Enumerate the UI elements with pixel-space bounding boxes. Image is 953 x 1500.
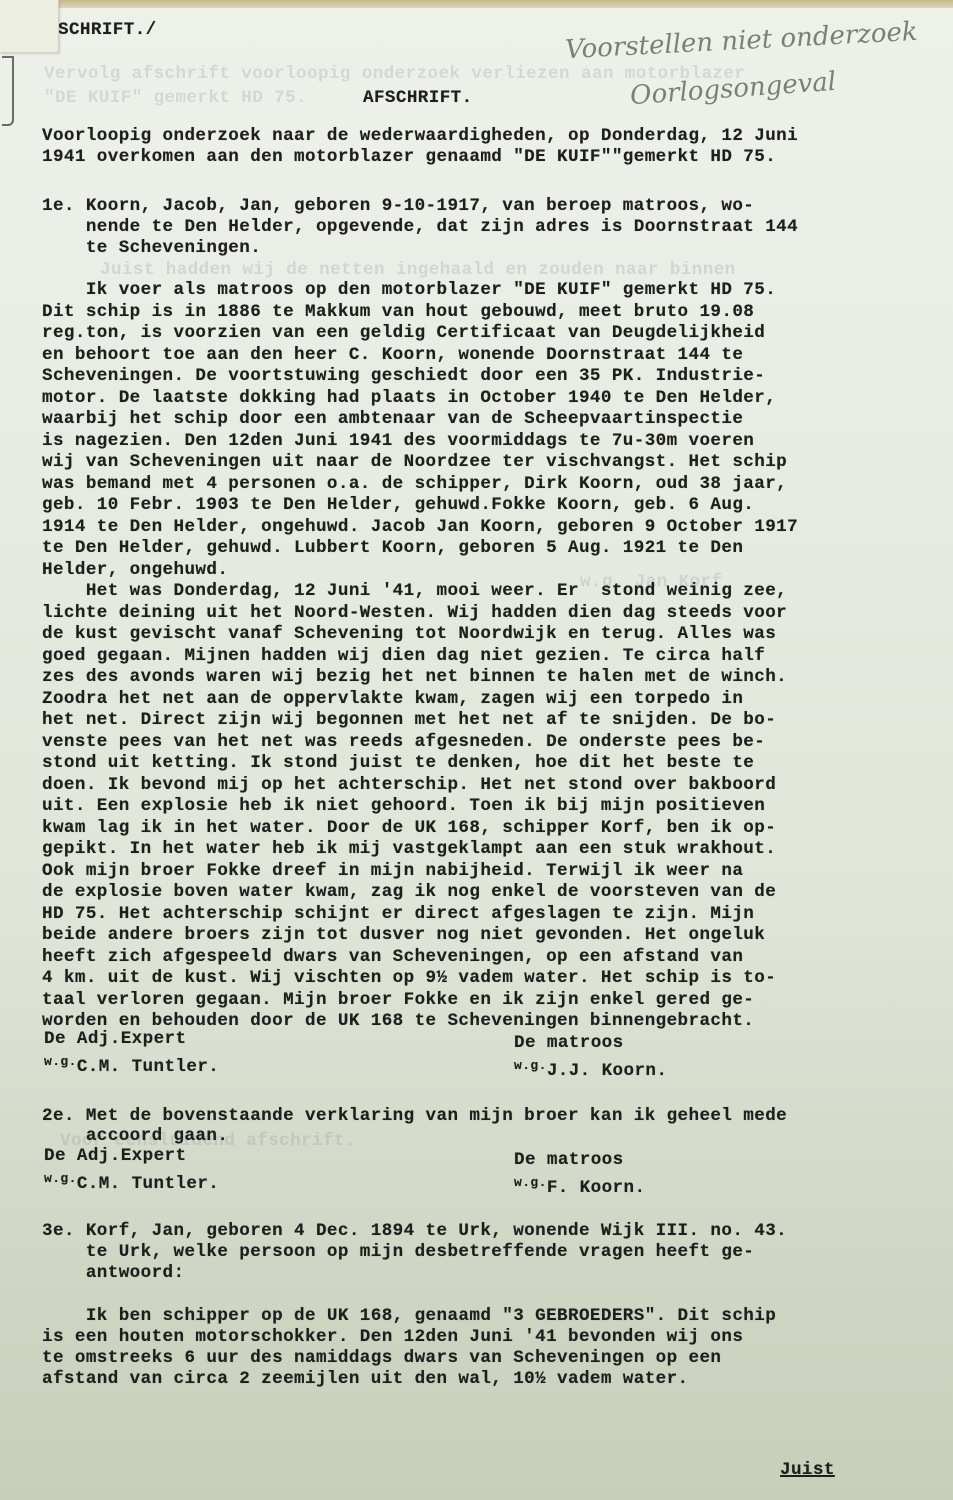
text-line: het net. Direct zijn wij begonnen met he… (42, 710, 776, 730)
text-line: te Den Helder, gehuwd. Lubbert Koorn, ge… (42, 538, 743, 558)
text-line: stond uit ketting. Ik stond juist te den… (42, 753, 754, 773)
text-line: Ik ben schipper op de UK 168, genaamd "3… (42, 1306, 776, 1326)
text-line: afstand van circa 2 zeemijlen uit den wa… (42, 1369, 689, 1389)
continuation-catchword: Juist (780, 1460, 835, 1480)
signature-title-expert: De Adj.Expert (44, 1029, 186, 1049)
signature-name: J.J. Koorn. (547, 1061, 668, 1081)
signature-block-expert: w.g.C.M. Tuntler. (44, 1171, 219, 1194)
text-line: 1914 te Den Helder, ongehuwd. Jacob Jan … (42, 517, 798, 537)
text-line: 1941 overkomen aan den motorblazer genaa… (42, 147, 776, 167)
text-line: de kust gevischt vanaf Schevening tot No… (42, 624, 776, 644)
text-line: HD 75. Het achterschip schijnt er direct… (42, 904, 754, 924)
document-page: Vervolg afschrift voorloopig onderzoek v… (0, 8, 953, 1500)
text-line: accoord gaan. (42, 1126, 228, 1146)
signature-block-sailor: w.g.F. Koorn. (514, 1175, 645, 1198)
text-line: 2e. Met de bovenstaande verklaring van m… (42, 1106, 787, 1126)
signature-prefix: w.g. (44, 1054, 77, 1069)
text-line: 1e. Koorn, Jacob, Jan, geboren 9-10-1917… (42, 196, 754, 216)
text-line: Ook mijn broer Fokke dreef in mijn nabij… (42, 861, 743, 881)
text-line: de explosie boven water kwam, zag ik nog… (42, 882, 776, 902)
text-line: worden en behouden door de UK 168 te Sch… (42, 1011, 754, 1031)
signature-name: F. Koorn. (547, 1178, 646, 1198)
text-line: zes des avonds waren wij bezig het net b… (42, 667, 787, 687)
signature-block-expert: w.g.C.M. Tuntler. (44, 1054, 219, 1077)
text-line: is een houten motorschokker. Den 12den J… (42, 1327, 743, 1347)
signature-prefix: w.g. (44, 1171, 77, 1186)
text-line: Het was Donderdag, 12 Juni '41, mooi wee… (42, 581, 787, 601)
handwritten-note-line1: Voorstellen niet onderzoek (564, 17, 918, 65)
witness3-statement: Ik ben schipper op de UK 168, genaamd "3… (0, 1306, 953, 1426)
text-line: Zoodra het net aan de oppervlakte kwam, … (42, 689, 743, 709)
text-line: 4 km. uit de kust. Wij vischten op 9½ va… (42, 968, 776, 988)
text-line: Ik voer als matroos op den motorblazer "… (42, 280, 776, 300)
document-title: AFSCHRIFT. (363, 88, 473, 108)
text-line: en behoort toe aan den heer C. Koorn, wo… (42, 345, 743, 365)
text-line: uit. Een explosie heb ik niet gehoord. T… (42, 796, 765, 816)
signature-name: C.M. Tuntler. (77, 1174, 219, 1194)
text-line: nende te Den Helder, opgevende, dat zijn… (42, 217, 798, 237)
text-line: Scheveningen. De voortstuwing geschiedt … (42, 366, 765, 386)
witness1-statement: Ik voer als matroos op den motorblazer "… (0, 280, 953, 1020)
signature-prefix: w.g. (514, 1175, 547, 1190)
signature-prefix: w.g. (514, 1058, 547, 1073)
paperclip-icon (2, 56, 14, 126)
text-line: doen. Ik bevond mij op het achterschip. … (42, 775, 776, 795)
text-line: motor. De laatste dokking had plaats in … (42, 388, 776, 408)
text-line: taal verloren gegaan. Mijn broer Fokke e… (42, 990, 754, 1010)
text-line: lichte deining uit het Noord-Westen. Wij… (42, 603, 787, 623)
signature-block-sailor: w.g.J.J. Koorn. (514, 1058, 667, 1081)
text-line: venste pees van het net was reeds afgesn… (42, 732, 765, 752)
text-line: gepikt. In het water heb ik mij vastgekl… (42, 839, 776, 859)
text-line: heeft zich afgespeeld dwars van Scheveni… (42, 947, 743, 967)
text-line: te Urk, welke persoon op mijn desbetreff… (42, 1242, 754, 1262)
signature-title-sailor: De matroos (514, 1150, 624, 1170)
intro-paragraph: Voorloopig onderzoek naar de wederwaardi… (0, 126, 953, 206)
signature-title-sailor: De matroos (514, 1033, 624, 1053)
overlapping-sheet-corner (0, 0, 59, 53)
text-line: goed gegaan. Mijnen hadden wij dien dag … (42, 646, 765, 666)
header-fragment: SCHRIFT./ (58, 20, 157, 40)
text-line: kwam lag ik in het water. Door de UK 168… (42, 818, 776, 838)
text-line: te omstreeks 6 uur des namiddags dwars v… (42, 1348, 721, 1368)
text-line: antwoord: (42, 1263, 184, 1283)
signature-name: C.M. Tuntler. (77, 1057, 219, 1077)
text-line: te Scheveningen. (42, 238, 261, 258)
text-line: is nagezien. Den 12den Juni 1941 des voo… (42, 431, 754, 451)
text-line: waarbij het schip door een ambtenaar van… (42, 409, 743, 429)
text-line: Voorloopig onderzoek naar de wederwaardi… (42, 126, 798, 146)
text-line: Dit schip is in 1886 te Makkum van hout … (42, 302, 754, 322)
text-line: reg.ton, is voorzien van een geldig Cert… (42, 323, 765, 343)
text-line: was bemand met 4 personen o.a. de schipp… (42, 474, 787, 494)
text-line: geb. 10 Febr. 1903 te Den Helder, gehuwd… (42, 495, 754, 515)
signature-title-expert: De Adj.Expert (44, 1146, 186, 1166)
bleedthrough-line: "DE KUIF" gemerkt HD 75. (44, 88, 307, 108)
text-line: wij van Scheveningen uit naar de Noordze… (42, 452, 787, 472)
text-line: 3e. Korf, Jan, geboren 4 Dec. 1894 te Ur… (42, 1221, 787, 1241)
text-line: beide andere broers zijn tot dusver nog … (42, 925, 765, 945)
text-line: Helder, ongehuwd. (42, 560, 228, 580)
